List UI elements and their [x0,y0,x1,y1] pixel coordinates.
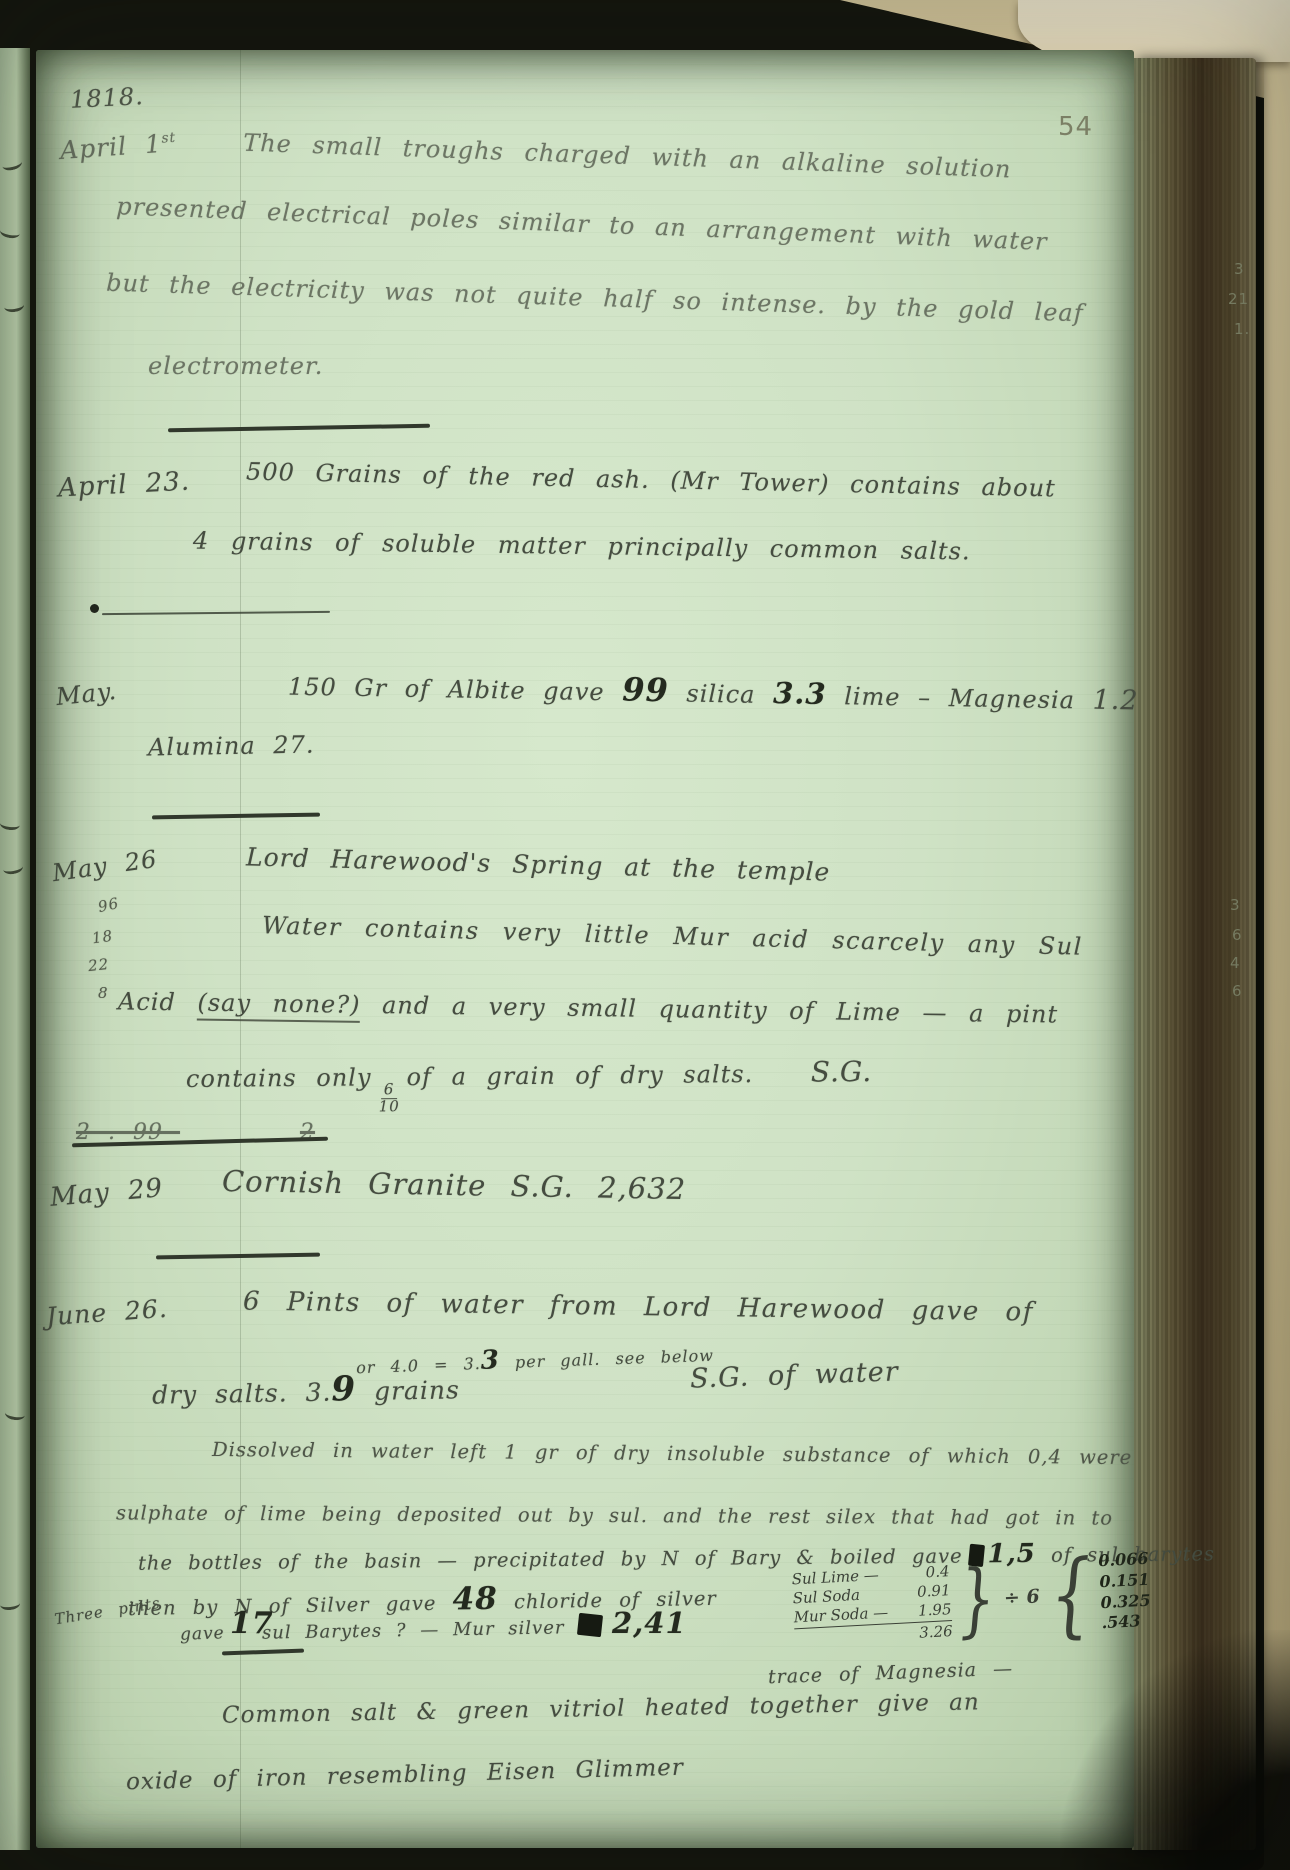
opening-brace: { [1048,1556,1094,1634]
table-result: 0.151 [1099,1569,1150,1592]
entry-jun26-drysalts: dry salts. 3.9 grains [152,1367,460,1412]
edge-pencil-mark: 6 [1232,982,1243,1000]
fraction-denominator: 10 [379,1099,400,1114]
albite-pre: 150 Gr of Albite gave [288,673,605,707]
contains-pre: contains only [186,1063,372,1093]
drysalts-post: grains [374,1375,460,1405]
margin-number: 22 [87,955,110,975]
entry-may26-contains-line: contains only610of a grain of dry salts.… [186,1055,873,1116]
table-result: 0.066 [1098,1549,1149,1572]
ink-blot [577,1613,603,1637]
table-result: 0.325 [1100,1590,1151,1613]
annotation-big: 3 [480,1345,500,1376]
table-row-value: 0.4 [913,1562,950,1582]
entry-apr1-date-suffix: st [161,130,177,147]
ink-dot [90,604,99,613]
table-total-value: 3.26 [916,1622,953,1642]
magnesia-value: 1.2 [1092,685,1138,717]
contains-post: of a grain of dry salts. [406,1060,753,1091]
table-row-label: Sul Soda [792,1585,860,1607]
edge-pencil-mark: 1. [1234,320,1250,338]
analysis-table-rows: Sul Lime — 0.4 Sul Soda 0.91 Mur Soda — … [791,1562,953,1648]
page-margin-crease [240,50,241,1848]
facing-page-sliver [0,48,30,1850]
alumina-line: Alumina 27. [148,731,315,762]
fraction-six-tenths: 610 [378,1082,399,1114]
pints-value-2: 2,41 [612,1606,687,1640]
sg-label: S.G. [811,1055,873,1089]
table-row-value: 1.95 [915,1600,952,1620]
silver-value: 48 [452,1581,498,1618]
drysalts-big: 9 [331,1369,356,1409]
bottom-right-shadow [1060,1630,1290,1870]
closing-brace: } [956,1566,996,1633]
crossed-right: 2 [300,1120,315,1145]
divisor: ÷ 6 [1003,1585,1040,1609]
annotation-post: per gall. see below [515,1346,715,1372]
pints-gave: gave [180,1623,225,1645]
folio-number: 54 [1058,112,1093,142]
entry-apr1-line-4: electrometer. [148,352,323,380]
margin-number: 18 [91,927,114,948]
acid-pre: Acid [118,987,176,1016]
acid-underlined: (say none?) [197,989,360,1023]
notebook-photo: 1818. 54 April 1st The small troughs cha… [0,0,1290,1870]
edge-pencil-mark: 3 [1230,896,1241,914]
drysalts-pre: dry salts. 3. [152,1378,332,1410]
table-row-label: Mur Soda — [793,1603,888,1626]
edge-pencil-mark: 3 [1234,260,1245,278]
silver-pre: then by N of Silver gave [128,1592,437,1620]
table-row-value: 0.91 [914,1581,951,1601]
silica-value: 99 [622,670,669,709]
lime-value: 3.3 [773,676,827,711]
silica-label: silica [686,680,756,709]
edge-pencil-mark: 4 [1230,954,1241,972]
year-heading: 1818. [69,82,144,114]
edge-pencil-mark: 21 [1228,290,1249,308]
lime-label: lime – Magnesia [844,682,1075,714]
table-results: 0.066 0.151 0.325 .543 [1098,1549,1152,1635]
edge-pencil-mark: 6 [1232,926,1243,944]
margin-number: 8 [98,984,109,1002]
